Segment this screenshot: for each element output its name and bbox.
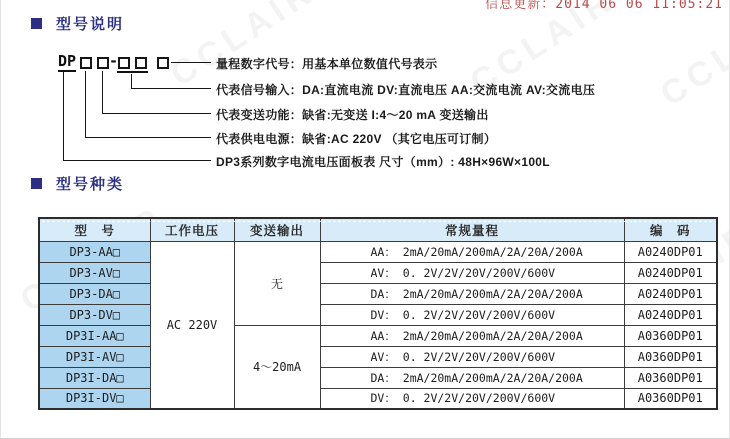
range-cell: DV： 0. 2V/2V/20V/200V/600V <box>320 388 624 409</box>
callout-series: DP3系列数字电流电压面板表 尺寸（mm）: 48H×96W×100L <box>216 153 550 170</box>
range-cell: DA： 2mA/20mA/200mA/2A/20A/200A <box>320 367 624 388</box>
model-cell: DP3I-DA□ <box>39 367 150 388</box>
table-row: DP3-DA□ DA： 2mA/20mA/200mA/2A/20A/200A A… <box>39 283 717 304</box>
callout-signal: 代表信号输入：DA:直流电流 DV:直流电压 AA:交流电流 AV:交流电压 <box>216 81 595 98</box>
table-row: DP3-DV□ DV： 0. 2V/2V/20V/200V/600V A0240… <box>39 304 717 325</box>
update-timestamp: 信息更新：2014 06 06 11:05:21 <box>485 0 723 12</box>
table-row: DP3I-DV□ DV： 0. 2V/2V/20V/200V/600V A036… <box>39 388 717 409</box>
column-header-transmit: 变送输出 <box>234 218 320 241</box>
watermark: CCLAIR <box>654 0 730 115</box>
voltage-cell: AC 220V <box>150 241 234 409</box>
connector-line <box>85 137 211 138</box>
code-box-signal-1 <box>118 57 130 69</box>
section-bullet-icon <box>31 178 42 189</box>
connector-line <box>131 74 132 88</box>
code-box-power <box>80 57 92 69</box>
code-cell: A0240DP01 <box>624 283 717 304</box>
code-box-range <box>157 57 169 69</box>
model-cell: DP3-DV□ <box>39 304 150 325</box>
connector-line <box>63 160 211 161</box>
code-hyphen: - <box>109 52 118 70</box>
model-cell: DP3I-DV□ <box>39 388 150 409</box>
column-header-code: 编 码 <box>624 218 717 241</box>
model-prefix: DP <box>58 52 76 72</box>
connector-line <box>102 71 103 113</box>
connector-line <box>171 62 211 63</box>
model-cell: DP3I-AV□ <box>39 346 150 367</box>
range-cell: AA： 2mA/20mA/200mA/2A/20A/200A <box>320 241 624 262</box>
code-cell: A0360DP01 <box>624 388 717 409</box>
code-cell: A0360DP01 <box>624 325 717 346</box>
table-row: DP3I-DA□ DA： 2mA/20mA/200mA/2A/20A/200A … <box>39 367 717 388</box>
callout-range: 量程数字代号：用基本单位数值代号表示 <box>216 55 437 72</box>
column-header-model: 型 号 <box>39 218 150 241</box>
callout-transmit: 代表变送功能：缺省:无变送 I:4～20 mA 变送输出 <box>216 106 489 123</box>
range-cell: AV： 0. 2V/2V/20V/200V/600V <box>320 346 624 367</box>
model-cell: DP3-DA□ <box>39 283 150 304</box>
section-bullet-icon <box>31 18 42 29</box>
code-box-signal-2 <box>135 57 147 69</box>
range-cell: AA： 2mA/20mA/200mA/2A/20A/200A <box>320 325 624 346</box>
model-cell: DP3I-AA□ <box>39 325 150 346</box>
callout-power: 代表供电电源：缺省:AC 220V （其它电压可订制） <box>216 130 496 147</box>
model-table: 型 号 工作电压 变送输出 常规量程 编 码 DP3-AA□ AC 220V 无… <box>38 217 718 410</box>
model-cell: DP3-AA□ <box>39 241 150 262</box>
code-cell: A0360DP01 <box>624 346 717 367</box>
table-row: DP3-AV□ AV： 0. 2V/2V/20V/200V/600V A0240… <box>39 262 717 283</box>
code-cell: A0240DP01 <box>624 241 717 262</box>
transmit-cell-420ma: 4～20mA <box>234 325 320 409</box>
header-row: 型 号 工作电压 变送输出 常规量程 编 码 <box>39 218 717 241</box>
column-header-voltage: 工作电压 <box>150 218 234 241</box>
range-cell: DA： 2mA/20mA/200mA/2A/20A/200A <box>320 283 624 304</box>
section-model-types: 型号种类 <box>31 173 124 194</box>
connector-line <box>63 72 64 160</box>
code-cell: A0360DP01 <box>624 367 717 388</box>
code-cell: A0240DP01 <box>624 304 717 325</box>
transmit-cell-none: 无 <box>234 241 320 325</box>
model-table-wrap: 型 号 工作电压 变送输出 常规量程 编 码 DP3-AA□ AC 220V 无… <box>38 217 716 410</box>
connector-line <box>85 71 86 137</box>
column-header-range: 常规量程 <box>320 218 624 241</box>
connector-line <box>131 88 211 89</box>
range-cell: AV： 0. 2V/2V/20V/200V/600V <box>320 262 624 283</box>
signal-boxes-underline <box>117 71 148 73</box>
table-row: DP3I-AV□ AV： 0. 2V/2V/20V/200V/600V A036… <box>39 346 717 367</box>
table-row: DP3-AA□ AC 220V 无 AA： 2mA/20mA/200mA/2A/… <box>39 241 717 262</box>
code-box-transmit <box>97 57 109 69</box>
datasheet-page: CCLAIR CCLAIR CCLAIR CCLAIR CCLAIR CCLAI… <box>0 0 730 439</box>
section-title: 型号种类 <box>56 173 124 194</box>
table-row: DP3I-AA□ 4～20mA AA： 2mA/20mA/200mA/2A/20… <box>39 325 717 346</box>
model-cell: DP3-AV□ <box>39 262 150 283</box>
connector-line <box>102 113 211 114</box>
section-model-description: 型号说明 <box>31 13 124 34</box>
section-title: 型号说明 <box>56 13 124 34</box>
range-cell: DV： 0. 2V/2V/20V/200V/600V <box>320 304 624 325</box>
code-cell: A0240DP01 <box>624 262 717 283</box>
